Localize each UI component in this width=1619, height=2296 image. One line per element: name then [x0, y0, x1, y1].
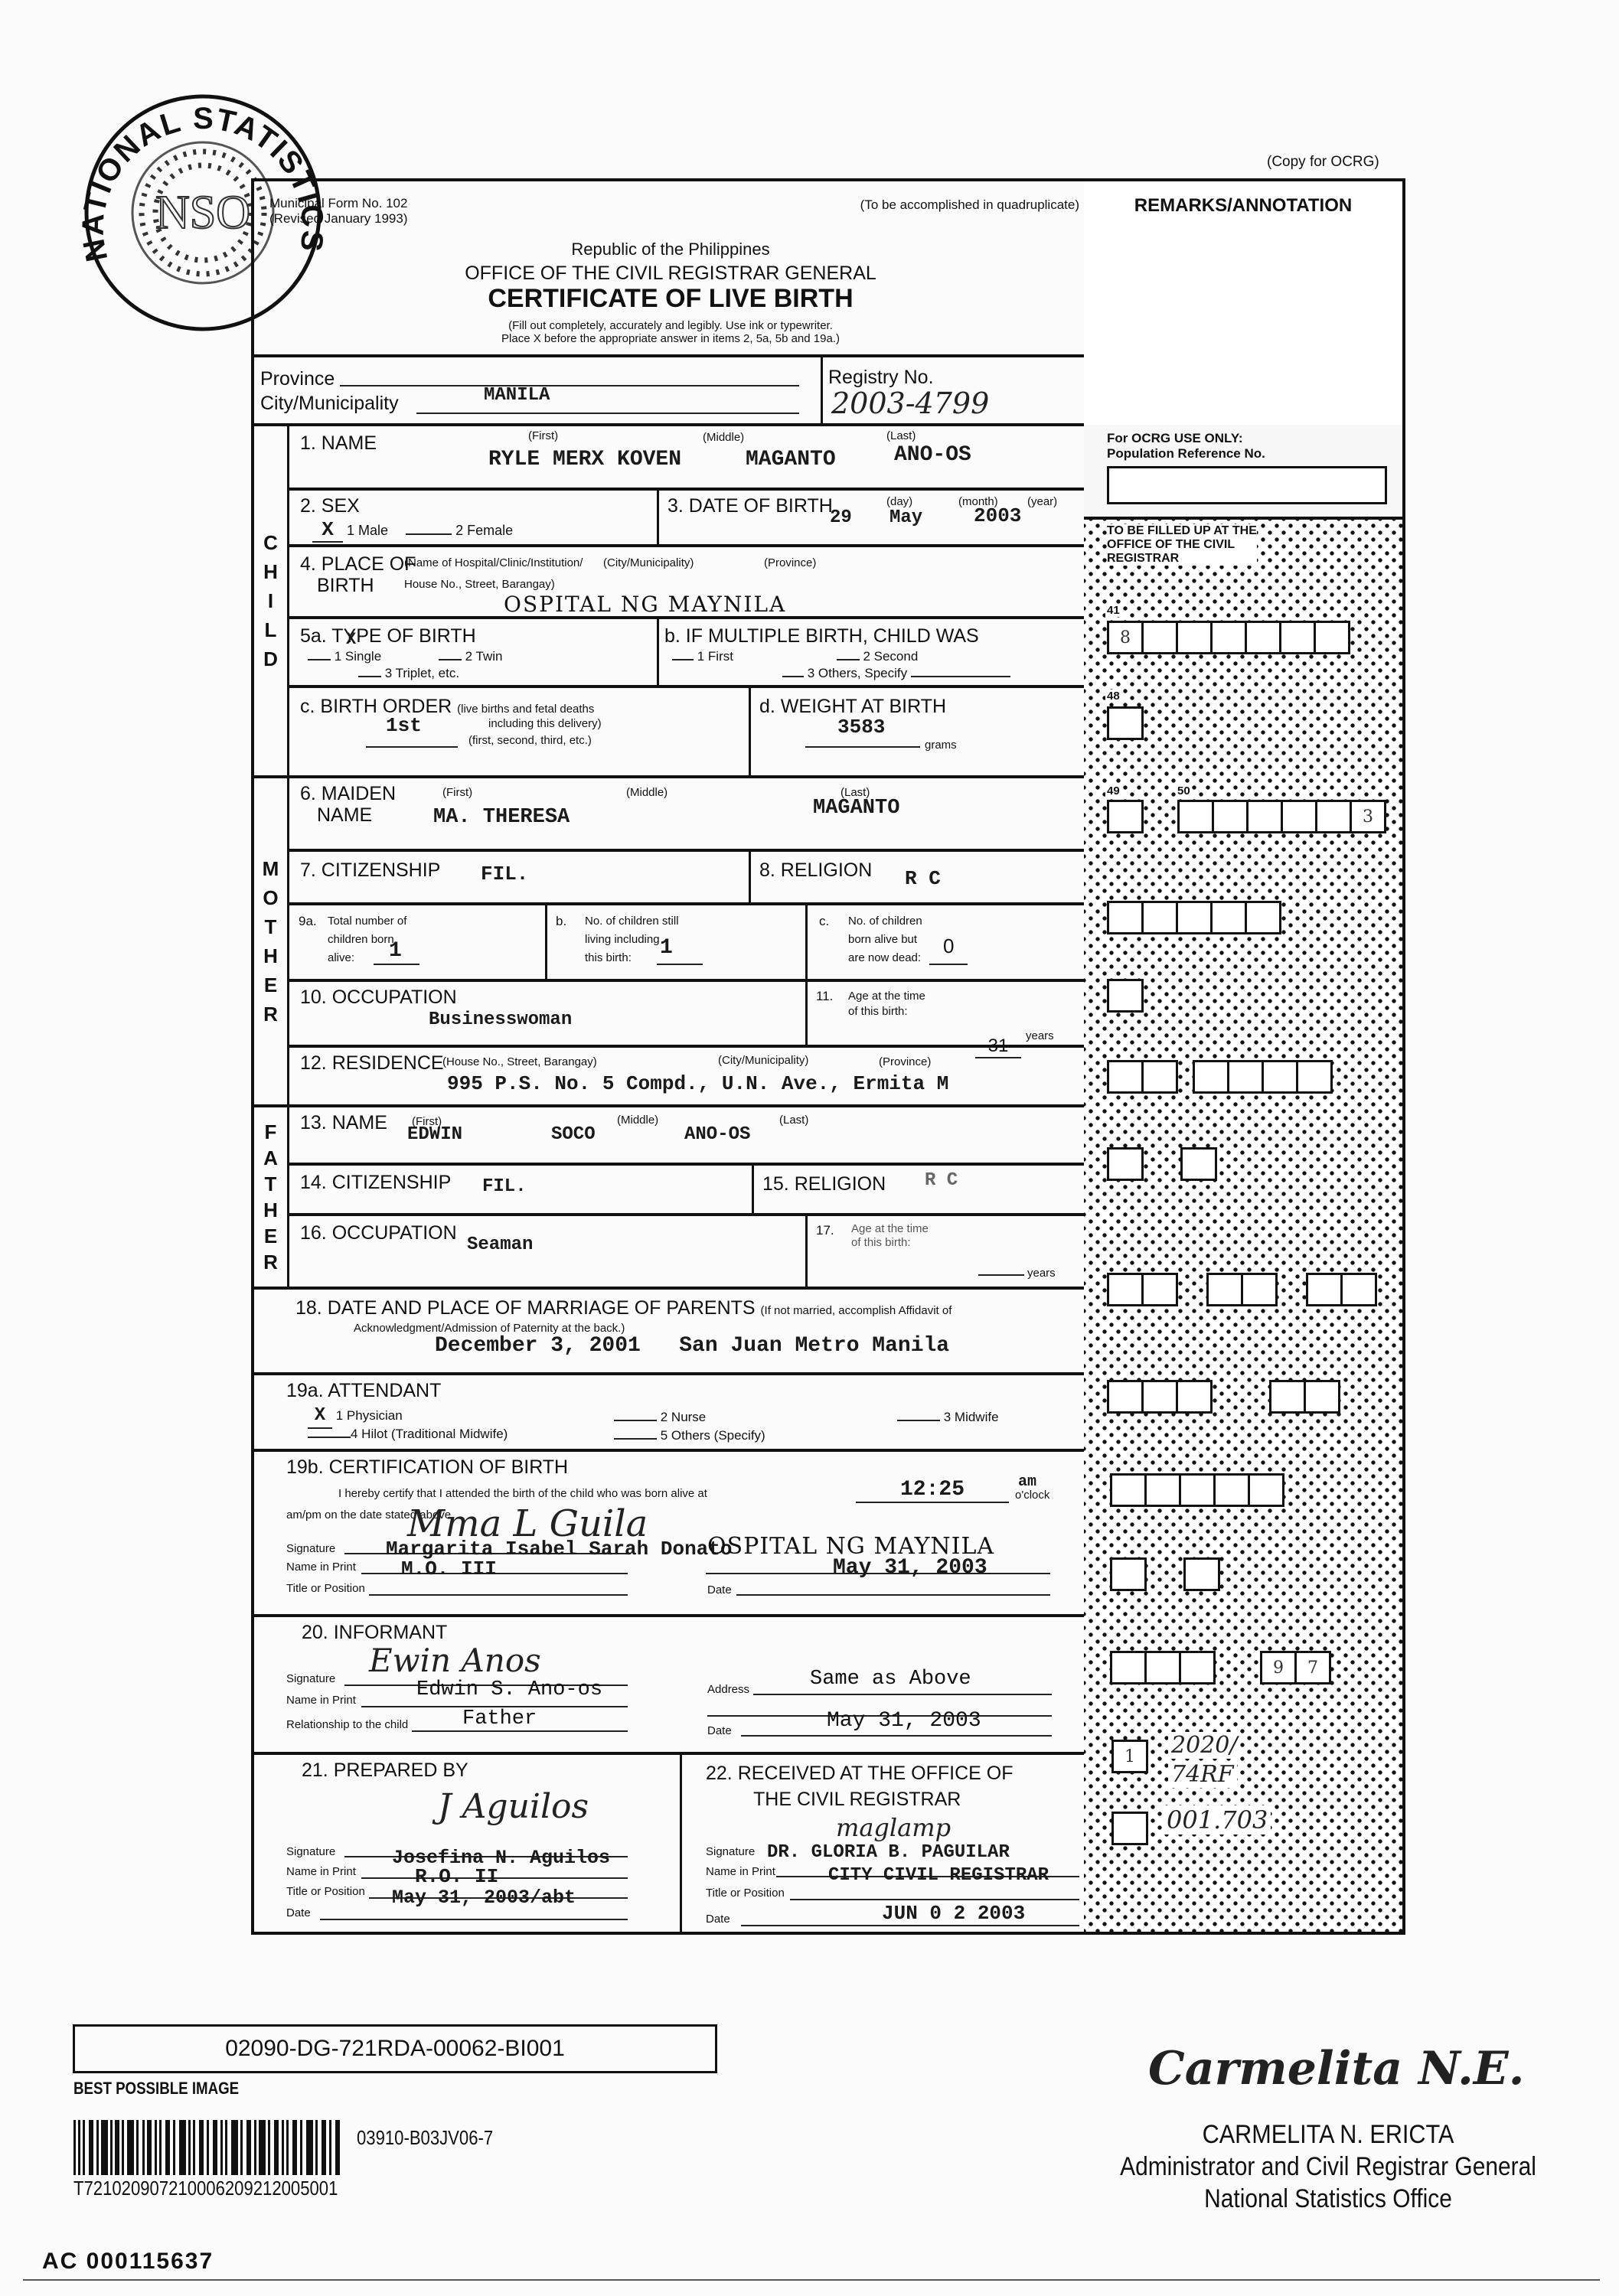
- informant-relationship-value: Father: [462, 1707, 537, 1730]
- code-single-box-a[interactable]: [1107, 979, 1141, 1013]
- age-unit: years: [1027, 1267, 1056, 1281]
- form-number: Municipal Form No. 102: [269, 195, 407, 211]
- document-title: CERTIFICATE OF LIVE BIRTH: [254, 284, 1087, 314]
- hint-house: (House No., Street, Barangay): [442, 1055, 597, 1070]
- type-triplet-label: 3 Triplet, etc.: [385, 666, 459, 680]
- birth-order-cell: c. BIRTH ORDER (live births and fetal de…: [289, 688, 749, 775]
- document-code-box: 02090-DG-721RDA-00062-BI001: [73, 2024, 717, 2073]
- label-17-text-2: of this birth:: [851, 1236, 911, 1251]
- birth-order-hint-2: including this delivery): [488, 717, 602, 732]
- mother-citizenship-value: FIL.: [481, 863, 528, 885]
- father-occupation-value: Seaman: [467, 1234, 533, 1255]
- code-row-boxes-b1[interactable]: [1107, 1060, 1176, 1094]
- mother-citizenship-cell: 7. CITIZENSHIP FIL.: [289, 852, 749, 902]
- code-48-box[interactable]: [1107, 706, 1141, 740]
- children-dead-value: 0: [943, 934, 954, 958]
- father-religion-cell: 15. RELIGION R C: [755, 1166, 1087, 1213]
- birth-certificate-form: Municipal Form No. 102 (Revised January …: [251, 178, 1087, 1935]
- father-occupation-cell: 16. OCCUPATION Seaman: [289, 1216, 805, 1287]
- informant-address-value: Same as Above: [810, 1668, 971, 1691]
- father-citizenship-value: FIL.: [482, 1176, 527, 1197]
- father-religion-label: 15. RELIGION: [762, 1173, 886, 1195]
- type-triplet-checkbox[interactable]: [358, 676, 381, 677]
- remarks-annotation-box[interactable]: REMARKS/ANNOTATION: [1084, 181, 1402, 428]
- father-middle-name: SOCO: [551, 1124, 596, 1145]
- hint-first: (First): [442, 786, 472, 801]
- label-9a-text-3: alive:: [328, 951, 354, 966]
- barcode: [73, 2120, 341, 2175]
- registry-cell: Registry No. 2003-4799: [824, 357, 1084, 423]
- hint-province: (Province): [764, 556, 816, 571]
- certification-text-1: I hereby certify that I attended the bir…: [338, 1487, 707, 1502]
- instructions-2: Place X before the appropriate answer in…: [254, 332, 1087, 347]
- father-age-field[interactable]: [978, 1274, 1024, 1276]
- informant-signature: Ewin Anos: [369, 1642, 541, 1679]
- residence-value: 995 P.S. No. 5 Compd., U.N. Ave., Ermita…: [447, 1072, 948, 1095]
- relationship-label: Relationship to the child: [286, 1718, 408, 1733]
- code-41-label: 41: [1105, 604, 1121, 617]
- label-9c-text-1: No. of children: [848, 915, 922, 929]
- dob-year: 2003: [974, 504, 1021, 527]
- informant-date-field[interactable]: [741, 1735, 1052, 1737]
- mother-name-label: 6. MAIDEN: [300, 783, 396, 805]
- age-unit: years: [1026, 1029, 1054, 1044]
- label-9c: c.: [819, 913, 829, 929]
- informant-label: 20. INFORMANT: [302, 1622, 447, 1644]
- code-single-box-e[interactable]: [1183, 1557, 1218, 1591]
- children-born-cell: 9a. Total number of children born alive:…: [289, 905, 545, 979]
- type-twin-label: 2 Twin: [465, 649, 503, 664]
- marriage-row: 18. DATE AND PLACE OF MARRIAGE OF PARENT…: [254, 1290, 1087, 1372]
- dob-cell: 3. DATE OF BIRTH (day) (month) (year) 29…: [660, 491, 1087, 544]
- weight-field[interactable]: [805, 746, 920, 748]
- preparer-date-value: May 31, 2003/abt: [392, 1887, 576, 1909]
- father-first-name: EDWIN: [407, 1124, 462, 1145]
- code-triple-b[interactable]: [1110, 1651, 1213, 1684]
- birth-order-value: 1st: [386, 714, 422, 737]
- sex-male-checkbox[interactable]: X: [312, 518, 343, 543]
- code-single-box-b[interactable]: [1107, 1147, 1141, 1181]
- received-label: 22. RECEIVED AT THE OFFICE OF: [706, 1763, 1013, 1785]
- name-in-print-label: Name in Print: [286, 1561, 356, 1575]
- sex-label: 2. SEX: [300, 495, 360, 517]
- informant-relationship-field[interactable]: [412, 1730, 628, 1732]
- date-label: Date: [706, 1913, 730, 1927]
- attendant-nurse-label: 2 Nurse: [661, 1410, 707, 1424]
- label-9c-text-3: are now dead:: [848, 951, 921, 966]
- code-50-boxes[interactable]: 3: [1177, 800, 1384, 833]
- office-line: OFFICE OF THE CIVIL REGISTRAR GENERAL: [254, 263, 1087, 285]
- children-born-value: 1: [389, 939, 402, 963]
- preparer-date-field[interactable]: [320, 1919, 628, 1920]
- section-child-label: CHILD: [254, 426, 289, 775]
- received-cell: 22. RECEIVED AT THE OFFICE OF THE CIVIL …: [683, 1755, 1087, 1932]
- registry-value: 2003-4799: [831, 386, 989, 420]
- ocrg-use-label: For OCRG USE ONLY:: [1107, 431, 1243, 446]
- mother-name-row: 6. MAIDEN NAME (First) (Middle) (Last) M…: [289, 778, 1087, 849]
- fill-note: TO BE FILLED UP AT THE OFFICE OF THE CIV…: [1107, 524, 1257, 566]
- hint-city: (City/Municipality): [603, 556, 694, 571]
- birth-order-hint-1: (live births and fetal deaths: [457, 703, 594, 716]
- multiple-others-field[interactable]: [911, 676, 1010, 677]
- father-occupation-label: 16. OCCUPATION: [300, 1222, 457, 1244]
- registry-label: Registry No.: [828, 367, 934, 389]
- registrar-name-value: DR. GLORIA B. PAGUILAR: [767, 1842, 1010, 1863]
- signature-label: Signature: [286, 1542, 335, 1557]
- city-label: City/Municipality: [260, 393, 399, 415]
- received-label-2: THE CIVIL REGISTRAR: [753, 1789, 961, 1811]
- code-pair-2[interactable]: [1206, 1273, 1275, 1306]
- label-11-text-2: of this birth:: [848, 1005, 908, 1019]
- multiple-first-label: 1 First: [697, 649, 733, 664]
- dob-month: May: [889, 507, 922, 528]
- code-pair-3[interactable]: [1306, 1273, 1375, 1306]
- form-header: Municipal Form No. 102 (Revised January …: [254, 181, 1087, 356]
- child-name-label: 1. NAME: [300, 432, 377, 455]
- fill-note-2: OFFICE OF THE CIVIL: [1107, 538, 1257, 552]
- type-single-label: 1 Single: [335, 649, 381, 664]
- multiple-birth-cell: b. IF MULTIPLE BIRTH, CHILD WAS 1 First …: [660, 619, 1087, 685]
- father-name-label: 13. NAME: [300, 1112, 387, 1134]
- certifier-title-field[interactable]: [369, 1594, 628, 1596]
- bottom-edge-line: [23, 2279, 1600, 2281]
- father-citizenship-cell: 14. CITIZENSHIP FIL.: [289, 1166, 752, 1213]
- code-single-box-c[interactable]: [1180, 1147, 1215, 1181]
- child-name-row: 1. NAME (First) (Middle) (Last) RYLE MER…: [289, 426, 1087, 488]
- children-living-field[interactable]: [657, 964, 703, 965]
- mother-religion-value: R C: [905, 867, 941, 890]
- label-9a-text-2: children born: [328, 933, 394, 947]
- remarks-column: REMARKS/ANNOTATION For OCRG USE ONLY: Po…: [1084, 178, 1405, 1935]
- mother-religion-label: 8. RELIGION: [759, 859, 872, 882]
- label-17-text-1: Age at the time: [851, 1222, 929, 1237]
- administrator-signature: Carmelita N.E.: [1148, 2042, 1524, 2095]
- label-17: 17.: [816, 1222, 834, 1238]
- children-dead-field[interactable]: [929, 964, 968, 965]
- hint-province: (Province): [879, 1055, 931, 1070]
- prepared-by-label: 21. PREPARED BY: [302, 1760, 468, 1782]
- form-revised: (Revised January 1993): [269, 210, 407, 227]
- location-row: Province City/Municipality MANILA: [254, 357, 821, 423]
- code-single-box-d[interactable]: [1110, 1557, 1144, 1591]
- children-born-field[interactable]: [374, 964, 419, 965]
- children-living-cell: b. No. of children still living includin…: [548, 905, 805, 979]
- signature-label: Signature: [706, 1845, 755, 1860]
- population-ref-label: Population Reference No.: [1107, 446, 1265, 461]
- title-label: Title or Position: [286, 1582, 365, 1596]
- multiple-others-label: 3 Others, Specify: [808, 666, 907, 680]
- attendant-midwife-label: 3 Midwife: [944, 1410, 999, 1424]
- city-field[interactable]: [416, 413, 799, 414]
- multiple-second-checkbox[interactable]: [837, 659, 860, 660]
- pob-label-2: BIRTH: [317, 575, 374, 597]
- registrar-title-field[interactable]: [790, 1899, 1079, 1900]
- birth-order-label: c. BIRTH ORDER: [300, 696, 452, 717]
- label-9a-text-1: Total number of: [328, 915, 406, 929]
- title-label: Title or Position: [286, 1885, 365, 1900]
- code-row-boxes-a[interactable]: [1107, 901, 1279, 934]
- children-living-value: 1: [660, 936, 673, 960]
- signer-office: National Statistics Office: [1099, 2184, 1557, 2214]
- signature-label: Signature: [286, 1845, 335, 1860]
- preparer-title-value: R.O. II: [415, 1865, 498, 1888]
- label-9b: b.: [556, 913, 566, 929]
- mother-occupation-cell: 10. OCCUPATION Businesswoman: [289, 982, 805, 1045]
- handwritten-code-1: 2020/: [1168, 1732, 1240, 1759]
- preparer-signature: J Aguilos: [438, 1787, 589, 1826]
- hint-middle: (Middle): [617, 1114, 658, 1128]
- informant-date-value: May 31, 2003: [827, 1709, 981, 1733]
- barcode-text: T721020907210006209212005001: [73, 2177, 338, 2200]
- mother-last-name: MAGANTO: [813, 797, 899, 820]
- multiple-second-label: 2 Second: [863, 649, 918, 664]
- attendant-others-checkbox[interactable]: [614, 1438, 657, 1440]
- multiple-birth-label: b. IF MULTIPLE BIRTH, CHILD WAS: [664, 625, 979, 647]
- informant-name-value: Edwin S. Ano-os: [416, 1678, 602, 1701]
- code-triple[interactable]: [1107, 1380, 1210, 1414]
- province-label: Province: [260, 368, 335, 390]
- mother-occupation-label: 10. OCCUPATION: [300, 987, 457, 1009]
- birth-order-hint-3: (first, second, third, etc.): [468, 734, 592, 748]
- instructions-1: (Fill out completely, accurately and leg…: [254, 319, 1087, 334]
- type-single-checkbox[interactable]: [308, 659, 331, 660]
- father-name-row: 13. NAME (First) (Middle) (Last) EDWIN S…: [289, 1107, 1087, 1163]
- marriage-label: 18. DATE AND PLACE OF MARRIAGE OF PARENT…: [295, 1297, 756, 1319]
- batch-code: 03910-B03JV06-7: [357, 2126, 493, 2150]
- pob-label: 4. PLACE OF: [300, 553, 416, 576]
- multiple-first-checkbox[interactable]: [672, 659, 694, 660]
- weight-cell: d. WEIGHT AT BIRTH 3583 grams: [752, 688, 1087, 775]
- hint-middle: (Middle): [703, 431, 744, 445]
- certifier-title-value: M.O. III: [401, 1557, 497, 1580]
- received-date-field[interactable]: [741, 1925, 1079, 1926]
- mother-residence-row: 12. RESIDENCE (House No., Street, Barang…: [289, 1048, 1087, 1104]
- attendant-midwife-checkbox[interactable]: [897, 1420, 940, 1421]
- weight-value: 3583: [837, 716, 885, 739]
- handwritten-code-3: 001.703: [1164, 1805, 1271, 1835]
- seal-center: NSO: [155, 187, 250, 239]
- title-label: Title or Position: [706, 1887, 785, 1901]
- population-ref-input[interactable]: [1107, 466, 1387, 504]
- sex-male-label: 1 Male: [347, 523, 388, 538]
- mother-first-name: MA. THERESA: [433, 806, 570, 829]
- date-label: Date: [707, 1724, 732, 1739]
- child-middle-name: MAGANTO: [746, 448, 836, 471]
- code-pair-4[interactable]: [1269, 1380, 1338, 1414]
- father-age-cell: 17. Age at the time of this birth: years: [808, 1216, 1087, 1287]
- label-9a: 9a.: [299, 913, 317, 929]
- mother-occupation-value: Businesswoman: [429, 1009, 572, 1030]
- informant-address-field[interactable]: [753, 1694, 1052, 1695]
- quadruplicate-note: (To be accomplished in quadruplicate): [860, 197, 1079, 213]
- label-9b-text-3: this birth:: [585, 951, 632, 966]
- date-label: Date: [707, 1583, 732, 1598]
- hint-last: (Last): [886, 429, 916, 444]
- code-pair-1[interactable]: [1107, 1273, 1176, 1306]
- label-11-text-1: Age at the time: [848, 990, 925, 1004]
- hint-house: House No., Street, Barangay): [404, 578, 555, 592]
- registrar-signature: maglamp: [836, 1813, 951, 1842]
- province-field[interactable]: [340, 385, 799, 386]
- handwritten-code-2: 74RF: [1168, 1761, 1237, 1788]
- republic-line: Republic of the Philippines: [254, 240, 1087, 259]
- ocrg-use-box: For OCRG USE ONLY: Population Reference …: [1084, 425, 1402, 520]
- remarks-title: REMARKS/ANNOTATION: [1084, 195, 1402, 217]
- signature-label: Signature: [286, 1672, 335, 1687]
- hint-last: (Last): [779, 1114, 808, 1128]
- code-41-boxes[interactable]: 8: [1107, 621, 1348, 654]
- marriage-hint-1: (If not married, accomplish Affidavit of: [761, 1304, 952, 1317]
- certification-label: 19b. CERTIFICATION OF BIRTH: [286, 1456, 568, 1479]
- date-label: Date: [286, 1906, 311, 1921]
- address-label: Address: [707, 1683, 749, 1698]
- attendant-label: 19a. ATTENDANT: [286, 1380, 441, 1402]
- dob-label: 3. DATE OF BIRTH: [668, 495, 833, 517]
- father-last-name: ANO-OS: [684, 1124, 750, 1145]
- type-of-birth-cell: 5a. TYPE OF BIRTH X 1 Single 2 Twin 3 Tr…: [289, 619, 657, 685]
- barcode-icon: [73, 2120, 341, 2175]
- section-father-label: FATHER: [254, 1107, 289, 1287]
- ac-security-code: AC 000115637: [42, 2249, 214, 2275]
- signer-name: CARMELITA N. ERICTA: [1094, 2120, 1562, 2150]
- hint-city: (City/Municipality): [718, 1054, 808, 1068]
- copy-note: (Copy for OCRG): [1267, 153, 1379, 171]
- code-49-box[interactable]: [1107, 800, 1141, 833]
- code-last-box[interactable]: [1111, 1812, 1146, 1845]
- section-mother-label: MOTHER: [254, 778, 289, 1104]
- multiple-others-checkbox[interactable]: [782, 676, 804, 677]
- label-11: 11.: [816, 988, 833, 1004]
- mother-age-cell: 11. Age at the time of this birth: 31 ye…: [808, 982, 1087, 1045]
- registrar-title-value: CITY CIVIL REGISTRAR: [828, 1865, 1049, 1886]
- certification-date-field[interactable]: [736, 1594, 1050, 1596]
- code-50-label: 50: [1176, 784, 1192, 797]
- weight-unit: grams: [925, 739, 957, 753]
- attendant-hilot-label: 4 Hilot (Traditional Midwife): [351, 1427, 508, 1441]
- label-9b-text-1: No. of children still: [585, 915, 679, 929]
- children-dead-cell: c. No. of children born alive but are no…: [808, 905, 1087, 979]
- sex-female-checkbox[interactable]: [406, 533, 452, 535]
- prepared-by-cell: 21. PREPARED BY J Aguilos Signature Jose…: [254, 1755, 680, 1932]
- father-religion-value: R C: [925, 1170, 958, 1191]
- attendant-nurse-checkbox[interactable]: [614, 1420, 657, 1421]
- birth-order-field[interactable]: [366, 746, 458, 748]
- name-in-print-label: Name in Print: [286, 1694, 356, 1708]
- child-first-name: RYLE MERX KOVEN: [488, 448, 681, 471]
- code-row-boxes-b2[interactable]: [1193, 1060, 1330, 1094]
- mother-citizenship-label: 7. CITIZENSHIP: [300, 859, 440, 882]
- name-in-print-label: Name in Print: [286, 1865, 356, 1880]
- weight-label: d. WEIGHT AT BIRTH: [759, 696, 946, 718]
- sex-cell: 2. SEX X 1 Male 2 Female: [289, 491, 657, 544]
- code-five[interactable]: [1110, 1473, 1282, 1507]
- signer-title: Administrator and Civil Registrar Genera…: [1099, 2152, 1557, 2182]
- sex-female-label: 2 Female: [455, 523, 513, 538]
- hint-middle: (Middle): [626, 786, 668, 801]
- hint-year: (year): [1027, 495, 1057, 510]
- city-value: MANILA: [484, 385, 550, 406]
- hint-first: (First): [528, 429, 558, 444]
- marriage-value: December 3, 2001 San Juan Metro Manila: [435, 1334, 949, 1358]
- informant-row: 20. INFORMANT Ewin Anos Signature Name i…: [254, 1617, 1087, 1752]
- child-last-name: ANO-OS: [894, 443, 971, 467]
- attendant-others-label: 5 Others (Specify): [661, 1428, 765, 1443]
- code-bottom-box[interactable]: 1: [1111, 1740, 1146, 1773]
- residence-label: 12. RESIDENCE: [300, 1052, 444, 1075]
- place-of-birth-value: OSPITAL NG MAYNILA: [504, 592, 786, 619]
- type-of-birth-label: 5a. TYPE OF BIRTH: [300, 625, 476, 647]
- certification-date-value: May 31, 2003: [833, 1556, 987, 1580]
- fill-note-1: TO BE FILLED UP AT THE: [1107, 524, 1257, 538]
- oclock-label: o'clock: [1015, 1489, 1049, 1503]
- mother-religion-cell: 8. RELIGION R C: [752, 852, 1087, 902]
- attendant-row: 19a. ATTENDANT X 1 Physician 2 Nurse 3 M…: [254, 1375, 1087, 1449]
- certification-row: 19b. CERTIFICATION OF BIRTH I hereby cer…: [254, 1452, 1087, 1614]
- birth-time-value[interactable]: 12:25: [856, 1478, 1009, 1503]
- father-citizenship-label: 14. CITIZENSHIP: [300, 1172, 451, 1194]
- name-in-print-label: Name in Print: [706, 1865, 775, 1880]
- code-97-boxes[interactable]: 97: [1260, 1651, 1329, 1684]
- hint-hospital: (Name of Hospital/Clinic/Institution/: [404, 556, 583, 571]
- label-9b-text-2: living including: [585, 933, 660, 947]
- place-of-birth-row: 4. PLACE OF BIRTH (Name of Hospital/Clin…: [289, 547, 1087, 616]
- mother-name-label-2: NAME: [317, 804, 372, 827]
- attendant-physician-label: 1 Physician: [336, 1408, 403, 1423]
- type-twin-checkbox[interactable]: [439, 659, 462, 660]
- label-9c-text-2: born alive but: [848, 933, 917, 947]
- received-date-stamp: JUN 0 2 2003: [882, 1902, 1025, 1925]
- fill-note-3: REGISTRAR: [1107, 552, 1257, 566]
- code-48-label: 48: [1105, 690, 1121, 703]
- attendant-hilot-checkbox[interactable]: [308, 1437, 351, 1438]
- dob-day: 29: [830, 507, 852, 528]
- code-49-label: 49: [1105, 784, 1121, 797]
- best-image-label: BEST POSSIBLE IMAGE: [73, 2079, 239, 2099]
- type-single-mark: X: [346, 630, 356, 649]
